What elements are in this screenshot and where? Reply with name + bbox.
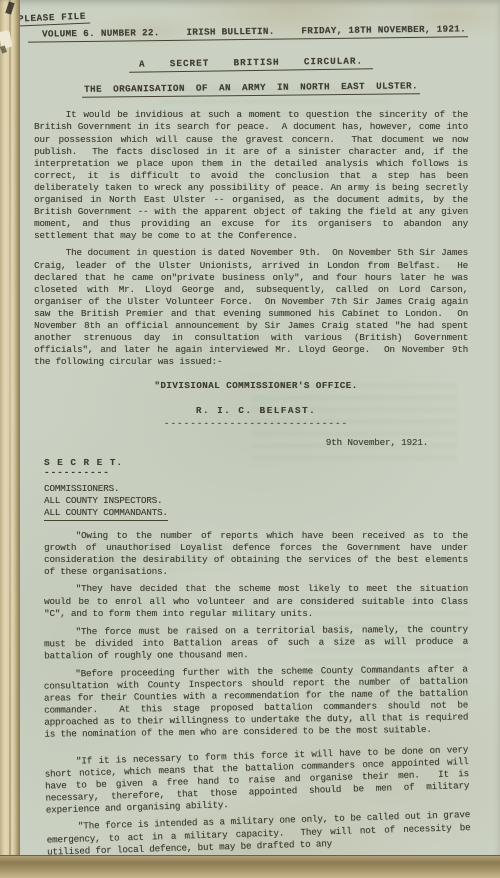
circular-paragraph-1: "Owing to the number of reports which ha…: [44, 530, 468, 578]
page-edge-bottom: [0, 855, 500, 878]
masthead-issue-date: FRIDAY, 18TH NOVEMBER, 1921.: [301, 23, 466, 37]
article-subheadline: THE ORGANISATION OF AN ARMY IN NORTH EAS…: [82, 81, 420, 99]
intro-paragraph-1: It would be invidious at such a moment t…: [34, 109, 468, 242]
subheadline-row: THE ORGANISATION OF AN ARMY IN NORTH EAS…: [34, 80, 468, 99]
article-headline: A SECRET BRITISH CIRCULAR.: [129, 55, 373, 73]
file-annotation: PLEASE FILE: [18, 10, 90, 26]
addressee-county-commandants: ALL COUNTY COMMANDANTS.: [44, 507, 468, 521]
circular-location-heading: R. I. C. BELFAST.: [44, 405, 468, 417]
scanned-document-page: PLEASE FILE VOLUME 6. NUMBER 22. IRISH B…: [0, 0, 500, 878]
masthead-publication-title: IRISH BULLETIN.: [186, 26, 274, 39]
typed-divider-rule: ----------------------------: [44, 419, 468, 428]
addressee-county-inspectors: ALL COUNTY INSPECTORS.: [44, 495, 468, 507]
editorial-introduction: It would be invidious at such a moment t…: [34, 109, 468, 368]
circular-date: 9th November, 1921.: [44, 437, 468, 449]
addressee-list: COMMISSIONERS. ALL COUNTY INSPECTORS. AL…: [44, 483, 468, 521]
typed-content: PLEASE FILE VOLUME 6. NUMBER 22. IRISH B…: [34, 12, 468, 850]
circular-office-heading: "DIVISIONAL COMMISSIONER'S OFFICE.: [44, 380, 468, 392]
masthead: VOLUME 6. NUMBER 22. IRISH BULLETIN. FRI…: [28, 23, 468, 42]
circular-paragraph-5: "If it is necessary to form this force i…: [44, 744, 470, 817]
skewed-bottom-block: "If it is necessary to form this force i…: [44, 744, 471, 858]
page-edge-left: [0, 0, 20, 878]
circular-paragraph-6: "The force is intended as a military one…: [46, 809, 471, 858]
circular-paragraph-2: "They have decided that the scheme most …: [44, 583, 468, 619]
masthead-volume-number: VOLUME 6. NUMBER 22.: [42, 27, 160, 41]
addressee-commissioners: COMMISSIONERS.: [44, 483, 468, 495]
headline-row: A SECRET BRITISH CIRCULAR.: [34, 54, 468, 74]
circular-paragraph-3: "The force must be raised on a territori…: [44, 623, 468, 662]
circular-paragraph-4: "Before proceeding further with the sche…: [44, 663, 469, 741]
classification-underline: ----------: [44, 469, 468, 477]
quoted-circular: "DIVISIONAL COMMISSIONER'S OFFICE. R. I.…: [44, 380, 468, 845]
intro-paragraph-2: The document in question is dated Novemb…: [34, 247, 468, 368]
